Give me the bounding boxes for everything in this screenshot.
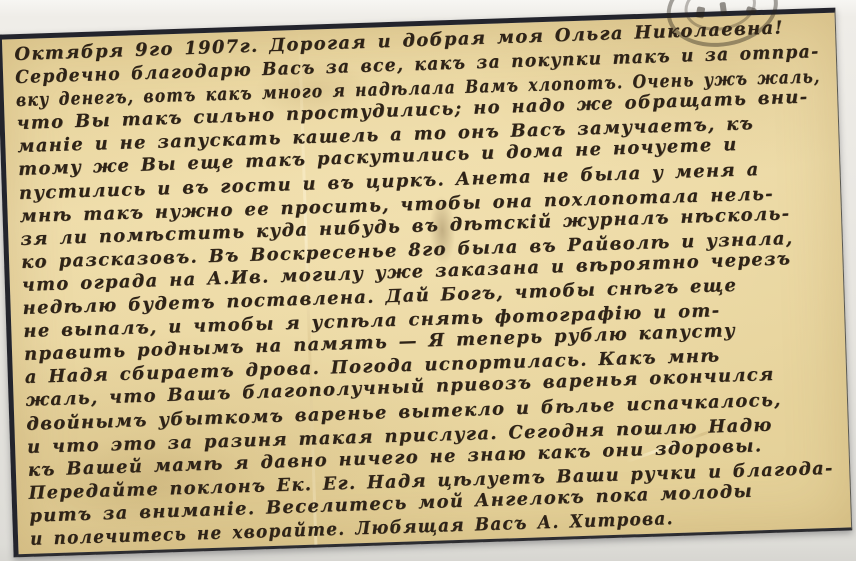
postmark-smudge (696, 6, 706, 18)
postmark-smudge (719, 2, 727, 16)
handwritten-letter-text: Октября 9го 1907г. Дорогая и добрая моя … (14, 17, 841, 550)
postmark-smudge (746, 6, 757, 15)
scanned-letter-image: Октября 9го 1907г. Дорогая и добрая моя … (0, 0, 856, 561)
postcard: Октября 9го 1907г. Дорогая и добрая моя … (0, 8, 852, 558)
